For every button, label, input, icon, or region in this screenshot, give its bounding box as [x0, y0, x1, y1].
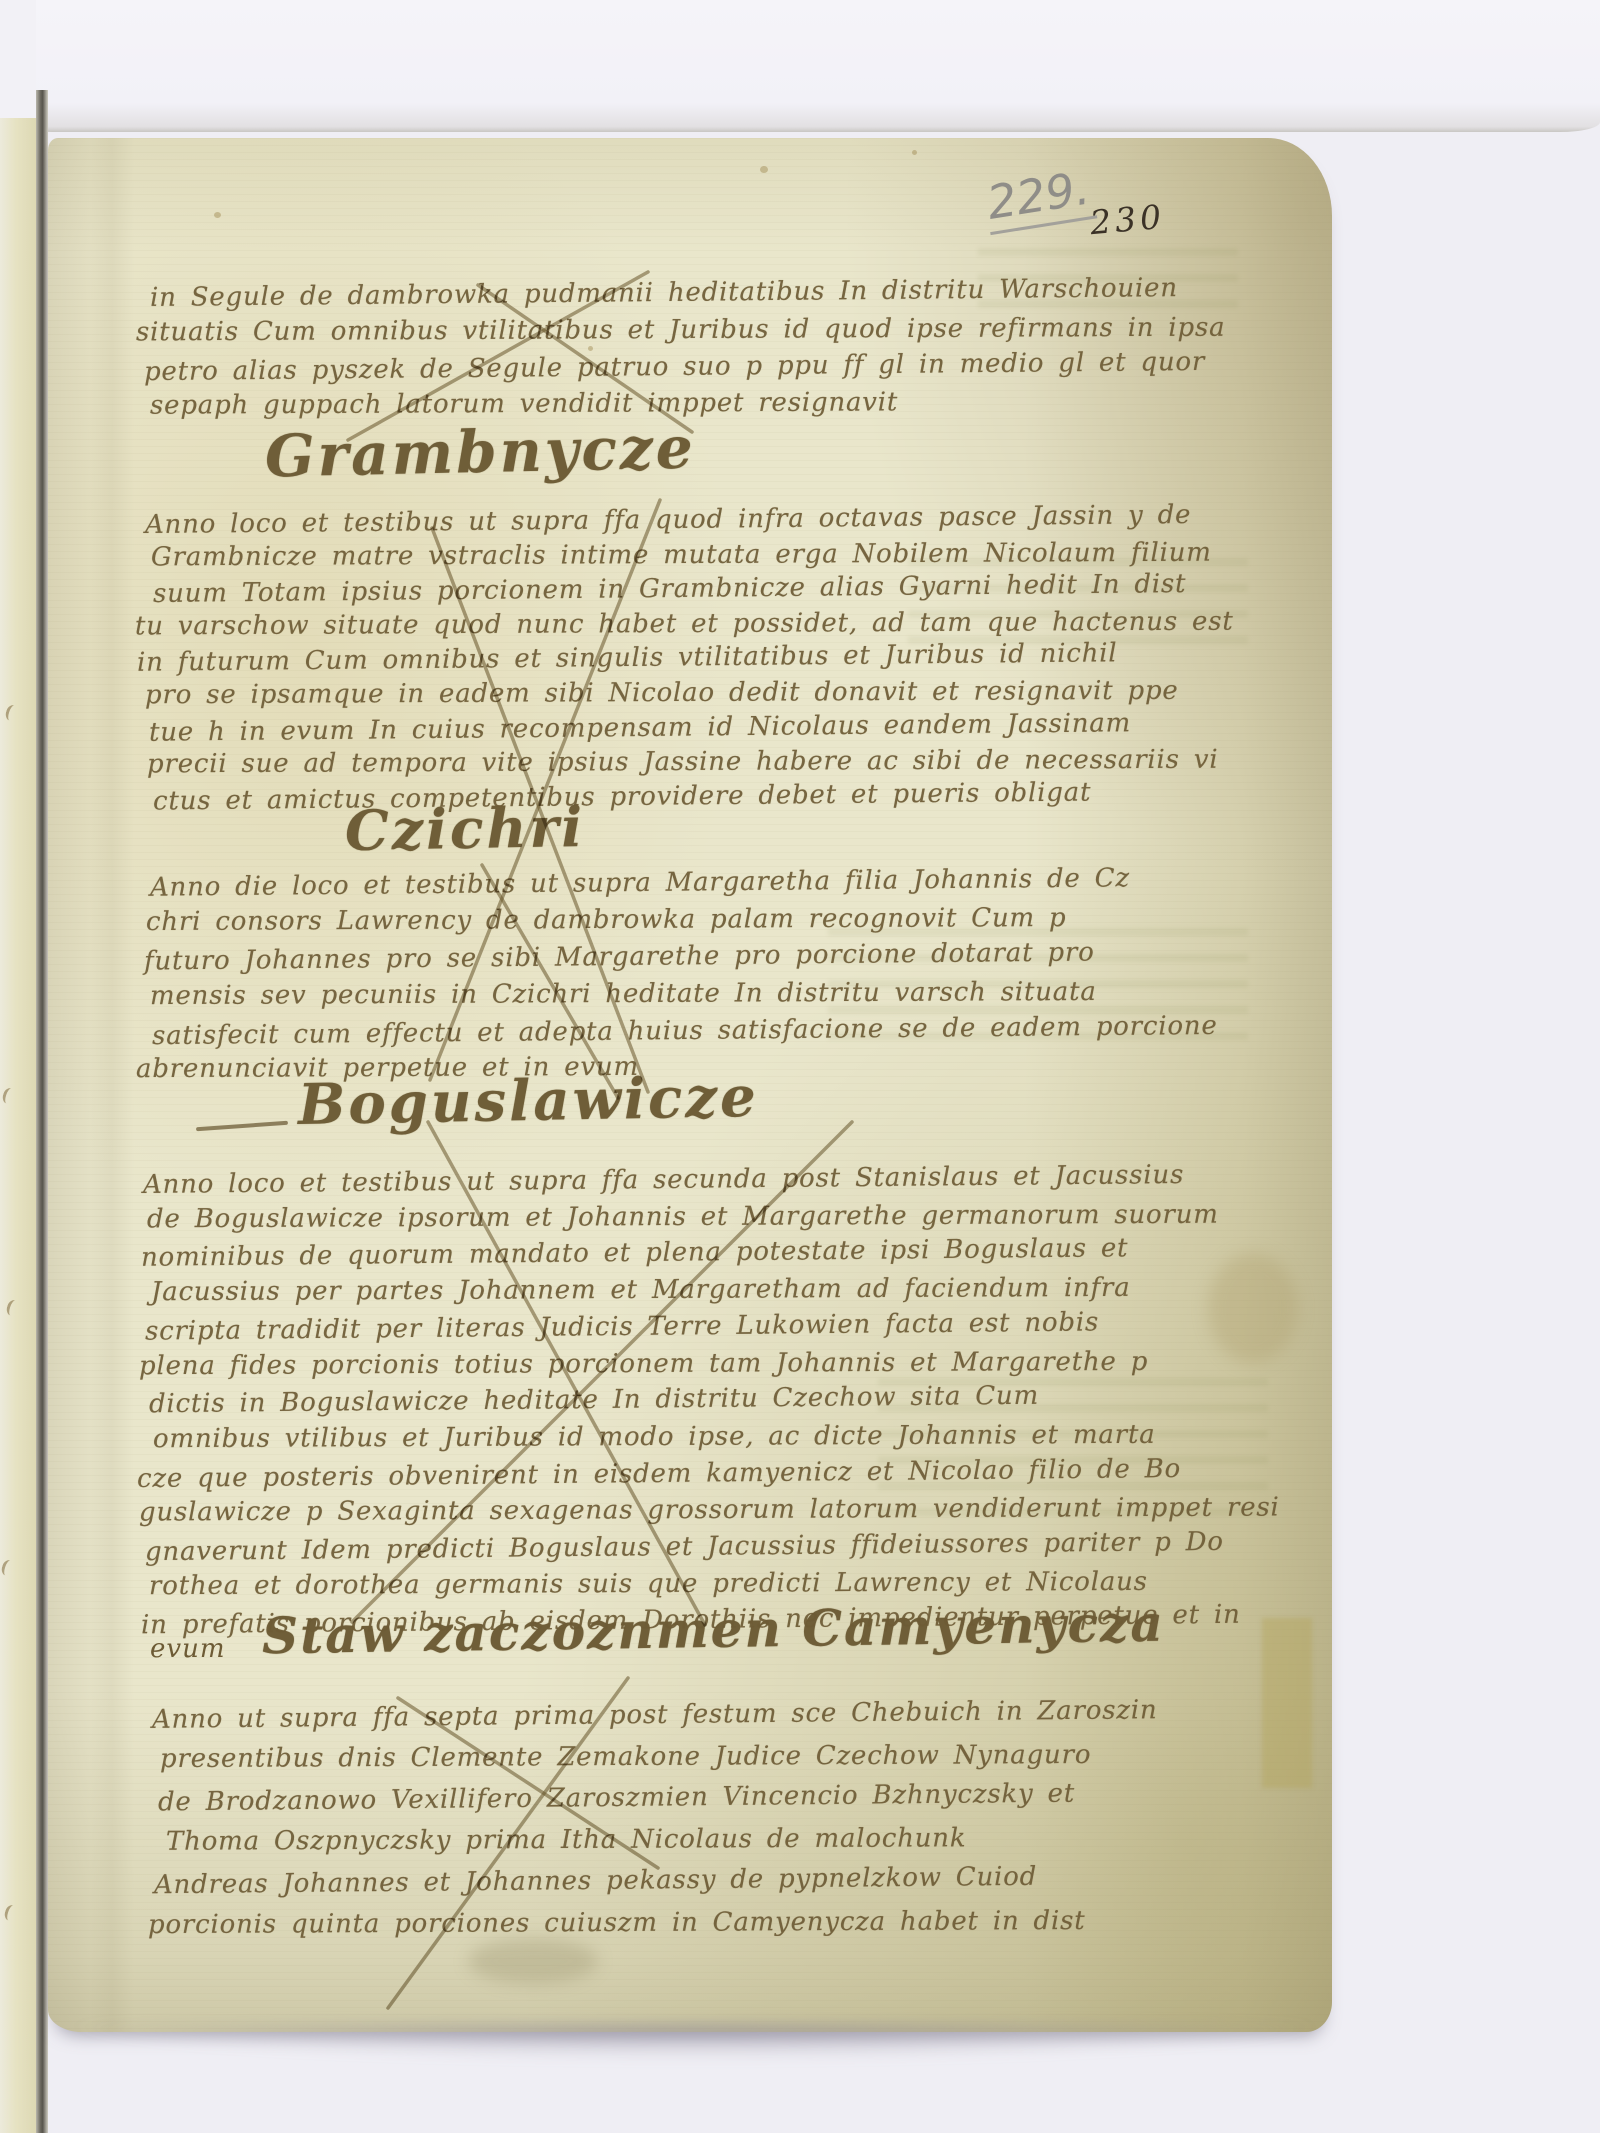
text-line: rothea et dorothea germanis suis que pre… — [149, 1567, 1148, 1601]
gutter-shading — [90, 138, 134, 2032]
text-line: plena fides porcionis totius porcionem t… — [139, 1347, 1148, 1381]
manuscript-page: 229. 230 Grambnycze Czichri Boguslawicze… — [48, 138, 1332, 2032]
text-line: Jacussius per partes Johannem et Margare… — [151, 1273, 1131, 1307]
page-bottom-shadow — [60, 2024, 1330, 2060]
text-line: Thoma Oszpnyczsky prima Itha Nicolaus de… — [166, 1823, 966, 1856]
ink-speck — [588, 346, 593, 351]
text-line: tu varschow situate quod nunc habet et p… — [135, 607, 1234, 642]
section-heading-grambnycze: Grambnycze — [264, 413, 696, 490]
text-line: situatis Cum omnibus vtilitatibus et Jur… — [136, 313, 1226, 348]
text-line: guslawicze p Sexaginta sexagenas grossor… — [139, 1493, 1280, 1528]
background-top-left — [0, 0, 36, 120]
ink-speck — [760, 166, 768, 173]
text-line: presentibus dnis Clemente Zemakone Judic… — [160, 1740, 1091, 1774]
text-line: abrenunciavit perpetue et in evum — [136, 1052, 639, 1084]
overlapping-white-sheet — [34, 0, 1600, 132]
text-line: chri consors Lawrency de dambrowka palam… — [146, 903, 1067, 937]
text-line: mensis sev pecuniis in Czichri heditate … — [150, 977, 1097, 1011]
dark-smudge — [468, 1938, 598, 1984]
binding-gutter-line — [36, 90, 48, 2133]
text-line: de Boguslawicze ipsorum et Johannis et M… — [147, 1200, 1219, 1235]
text-line: precii sue ad tempora vite ipsius Jassin… — [147, 745, 1219, 780]
text-line: porcionis quinta porciones cuiuszm in Ca… — [148, 1906, 1086, 1940]
tan-smudge — [1208, 1253, 1298, 1363]
manuscript-photo: 229. 230 Grambnycze Czichri Boguslawicze… — [0, 0, 1600, 2133]
text-line: Grambnicze matre vstraclis intime mutata… — [151, 538, 1212, 573]
text-line: sepaph guppach latorum vendidit imppet r… — [150, 387, 898, 420]
folio-number-ink: 230 — [1088, 197, 1166, 242]
tan-stain — [1262, 1618, 1312, 1788]
underlying-leaf-edge — [0, 118, 36, 2133]
text-line: pro se ipsamque in eadem sibi Nicolao de… — [145, 676, 1179, 711]
ink-speck — [214, 212, 221, 218]
text-line: omnibus vtilibus et Juribus id modo ipse… — [153, 1420, 1156, 1454]
ink-speck — [912, 150, 917, 155]
